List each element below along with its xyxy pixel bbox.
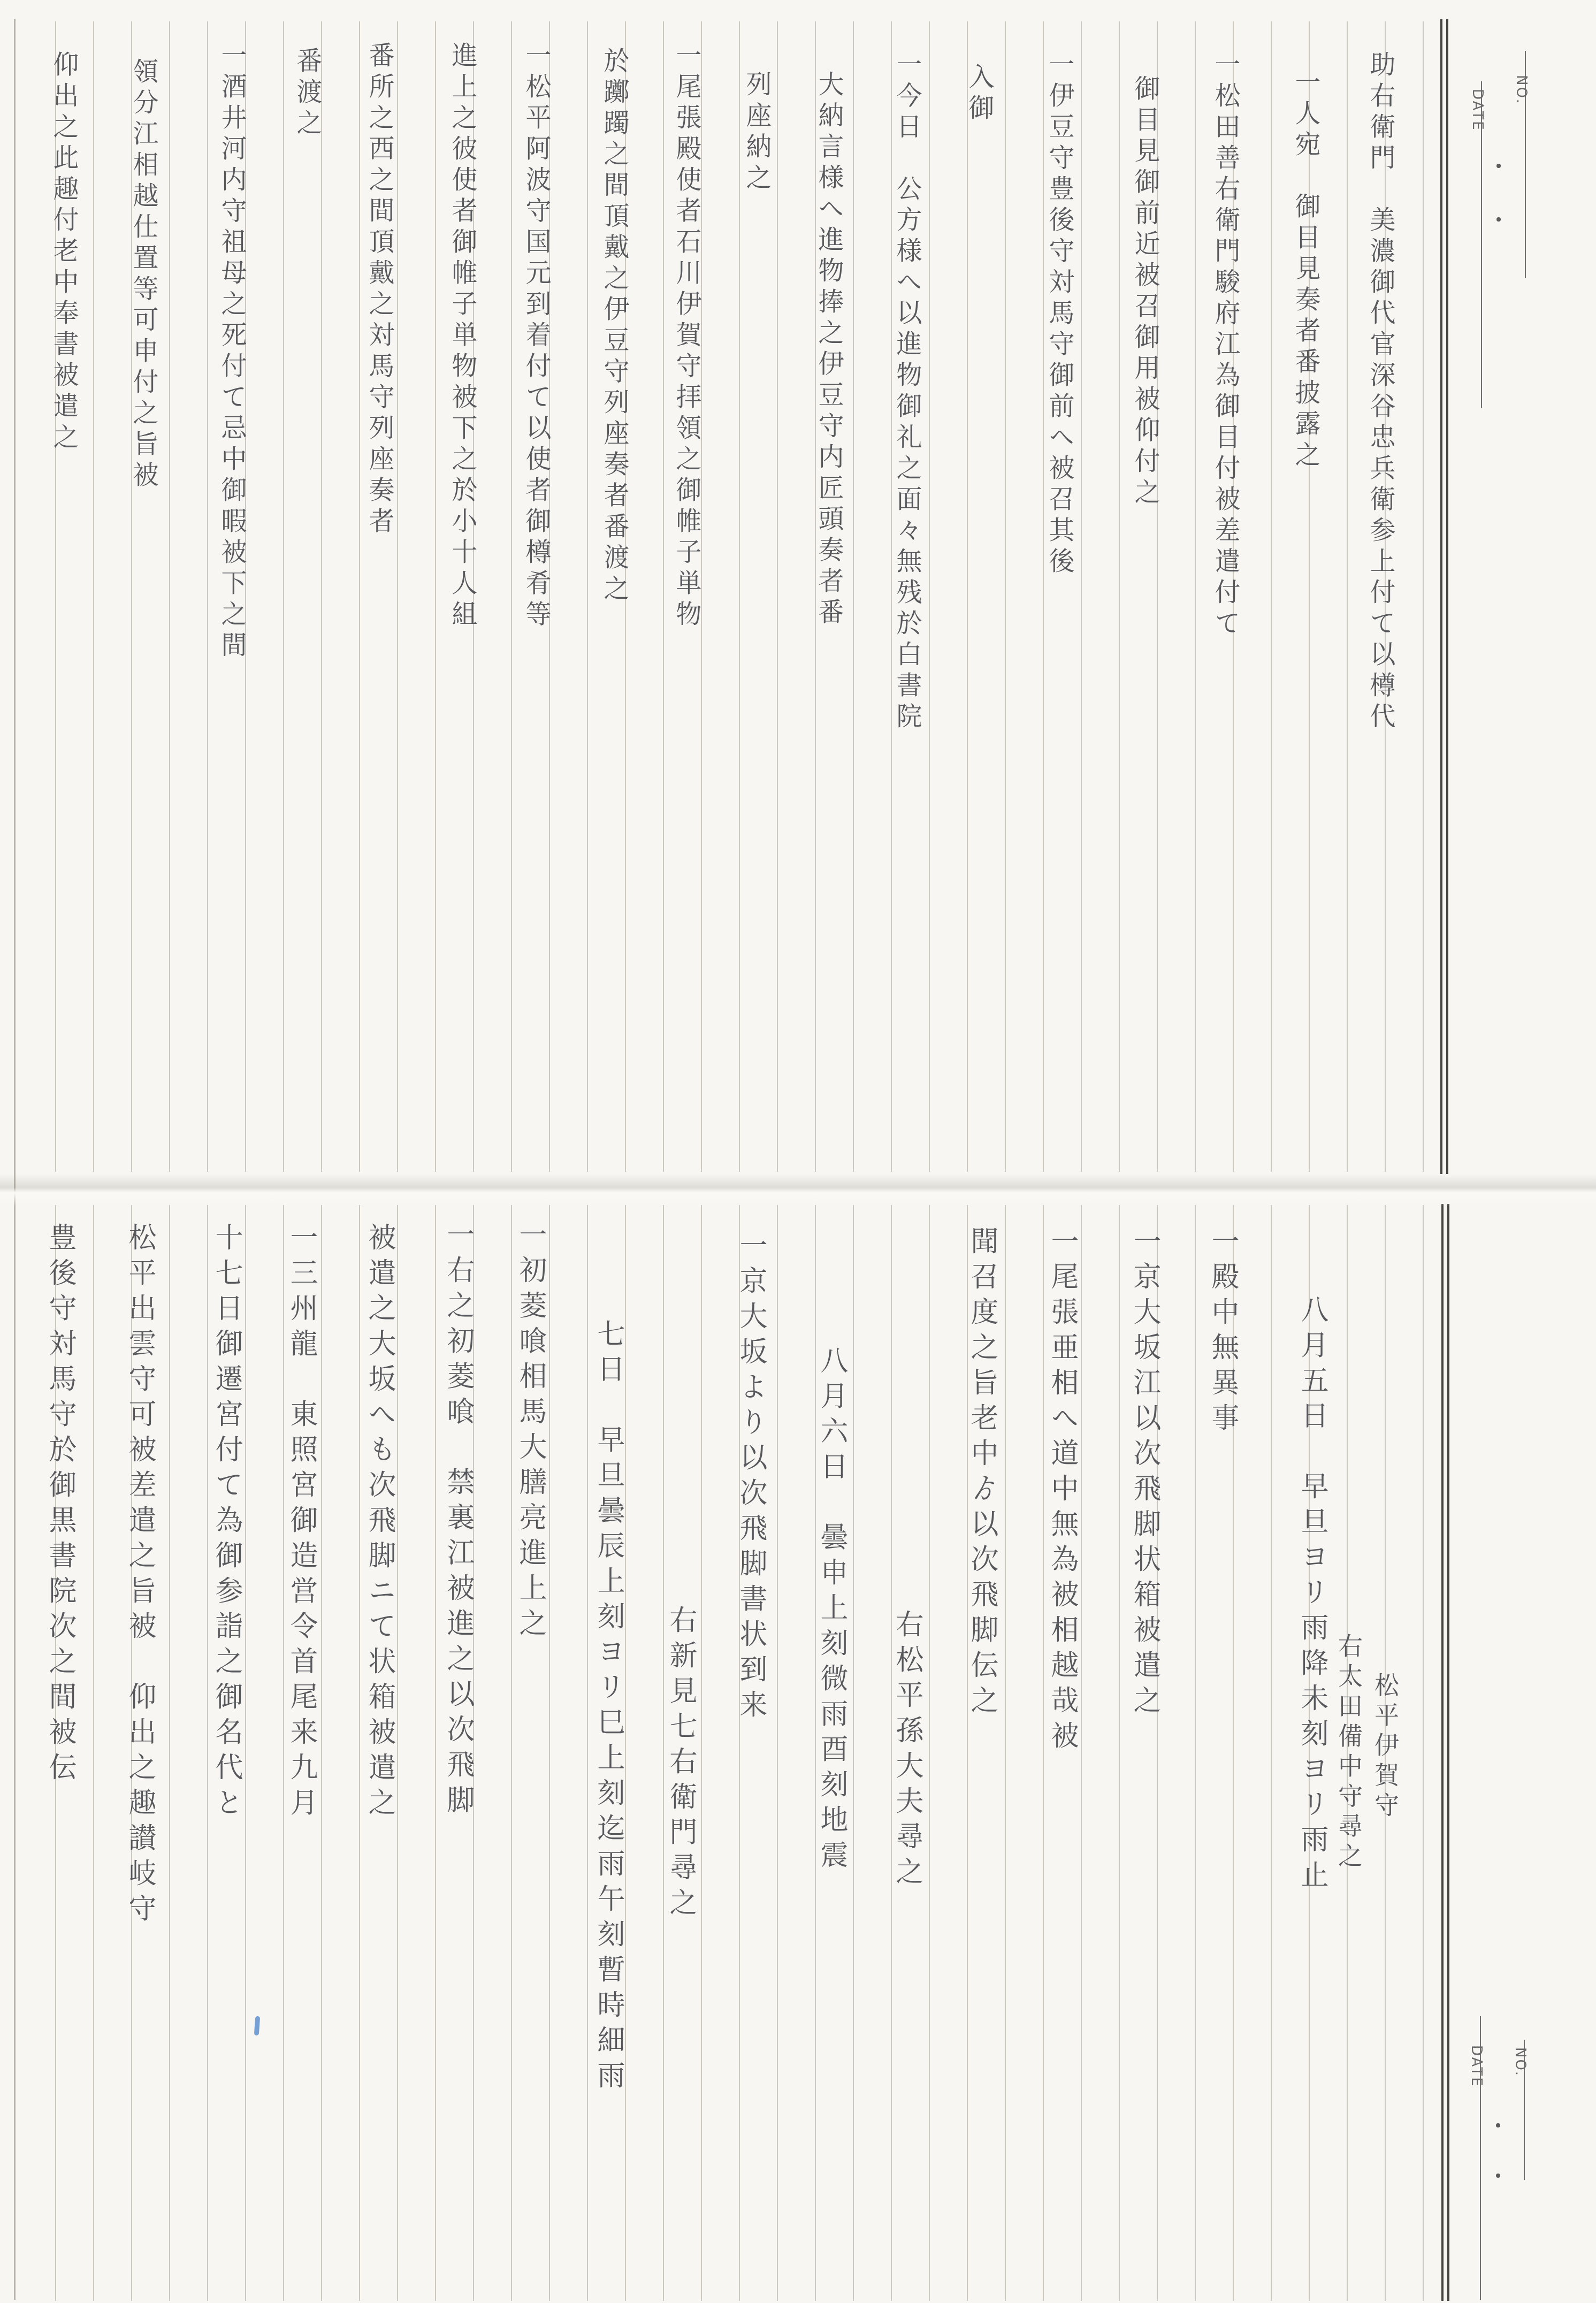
handwritten-column: 一松平阿波守国元到着付て以使者御樽肴等 bbox=[517, 42, 555, 631]
handwritten-column: 一今日 公方様へ以進物御礼之面々無残於白書院 bbox=[888, 51, 926, 734]
no-label: NO. bbox=[1512, 2047, 1528, 2077]
handwritten-column: 一京大坂江以次飛脚状箱被遣之 bbox=[1126, 1226, 1163, 1721]
handwritten-column: 聞召度之旨老中ゟ以次飛脚伝之 bbox=[963, 1226, 1001, 1721]
handwritten-column: 助右衛門 美濃御代官深谷忠兵衛参上付て以樽代 bbox=[1362, 51, 1399, 734]
handwritten-column: 大納言様へ進物捧之伊豆守内匠頭奏者番 bbox=[810, 71, 847, 629]
date-separator-dot bbox=[1496, 164, 1501, 168]
handwritten-column: 一伊豆守豊後守対馬守御前へ被召其後 bbox=[1041, 51, 1078, 578]
handwritten-column: 一尾張殿使者石川伊賀守拝領之御帷子単物 bbox=[668, 42, 705, 631]
handwritten-column: 松平出雲守可被差遣之旨被 仰出之趣讃岐守 bbox=[121, 1223, 158, 1929]
handwritten-column: 右新見七右衛門尋之 bbox=[662, 1605, 699, 1923]
handwritten-column: 於躑躅之間頂戴之伊豆守列座奏者番渡之 bbox=[595, 47, 633, 606]
handwritten-column: 一松田善右衛門駿府江為御目付被差遣付て bbox=[1206, 51, 1244, 640]
handwritten-column: 一初菱喰相馬大膳亮進上之 bbox=[511, 1220, 549, 1644]
handwritten-column: 列座納之 bbox=[738, 71, 775, 195]
date-separator-dot bbox=[1496, 217, 1501, 222]
handwritten-column: 一京大坂より以次飛脚書状到来 bbox=[732, 1231, 769, 1725]
date-separator-dot bbox=[1496, 2174, 1500, 2178]
handwritten-column: 右松平孫大夫尋之 bbox=[888, 1610, 926, 1892]
margin-double-line-bottom-page bbox=[1441, 1204, 1449, 2301]
handwritten-column: 松平伊賀守 bbox=[1371, 1672, 1404, 1822]
handwritten-column: 仰出之此趣付老中奉書被遣之 bbox=[45, 51, 82, 454]
date-label: DATE bbox=[1468, 2045, 1484, 2088]
handwritten-column: 一右之初菱喰 禁裏江被進之以次飛脚 bbox=[439, 1220, 477, 1820]
page-left-edge bbox=[14, 19, 16, 2300]
handwritten-column: 御目見御前近被召御用被仰付之 bbox=[1126, 75, 1164, 509]
scanned-notebook-sheet: NO. DATE NO. DATE 助右衛門 美濃御代官深谷忠兵衛参上付て以樽代… bbox=[0, 0, 1596, 2303]
no-label: NO. bbox=[1513, 75, 1529, 105]
handwritten-column: 入御 bbox=[960, 63, 998, 125]
handwritten-column: 進上之彼使者御帷子単物被下之於小十人組 bbox=[444, 42, 481, 631]
handwritten-column: 一殿中無異事 bbox=[1204, 1226, 1241, 1438]
handwritten-column: 一尾張亜相へ道中無為被相越哉被 bbox=[1043, 1226, 1081, 1756]
handwritten-column: 八月六日 曇申上刻微雨酉刻地震 bbox=[813, 1346, 850, 1875]
page-seam bbox=[0, 1174, 1596, 1206]
handwritten-column: 領分江相越仕置等可申付之旨被 bbox=[125, 58, 162, 492]
handwritten-column: 一三州龍 東照宮御造営令首尾来九月 bbox=[282, 1223, 320, 1823]
handwritten-column: 七日 早旦曇辰上刻ヨリ巳上刻迄雨午刻暫時細雨 bbox=[590, 1319, 627, 2096]
handwritten-column: 一酒井河内守祖母之死付て忌中御暇被下之間 bbox=[213, 42, 250, 662]
handwritten-column: 番渡之 bbox=[288, 47, 326, 140]
handwritten-column: 八月五日 早旦ヨリ雨降未刻ヨリ雨止 bbox=[1293, 1295, 1331, 1895]
handwritten-column: 一人宛 御目見奏者番披露之 bbox=[1287, 68, 1324, 472]
handwritten-column: 豊後守対馬守於御黒書院次之間被伝 bbox=[41, 1223, 79, 1788]
margin-double-line-top-page bbox=[1440, 19, 1448, 1174]
handwritten-column: 十七日御遷宮付て為御参詣之御名代と bbox=[208, 1223, 245, 1823]
handwritten-column: 番所之西之間頂戴之対馬守列座奏者 bbox=[361, 42, 398, 538]
date-separator-dot bbox=[1496, 2123, 1500, 2127]
date-label: DATE bbox=[1469, 89, 1485, 132]
handwritten-column: 被遣之大坂へも次飛脚ニて状箱被遣之 bbox=[361, 1223, 398, 1823]
handwritten-column: 右太田備中守尋之 bbox=[1334, 1633, 1368, 1873]
